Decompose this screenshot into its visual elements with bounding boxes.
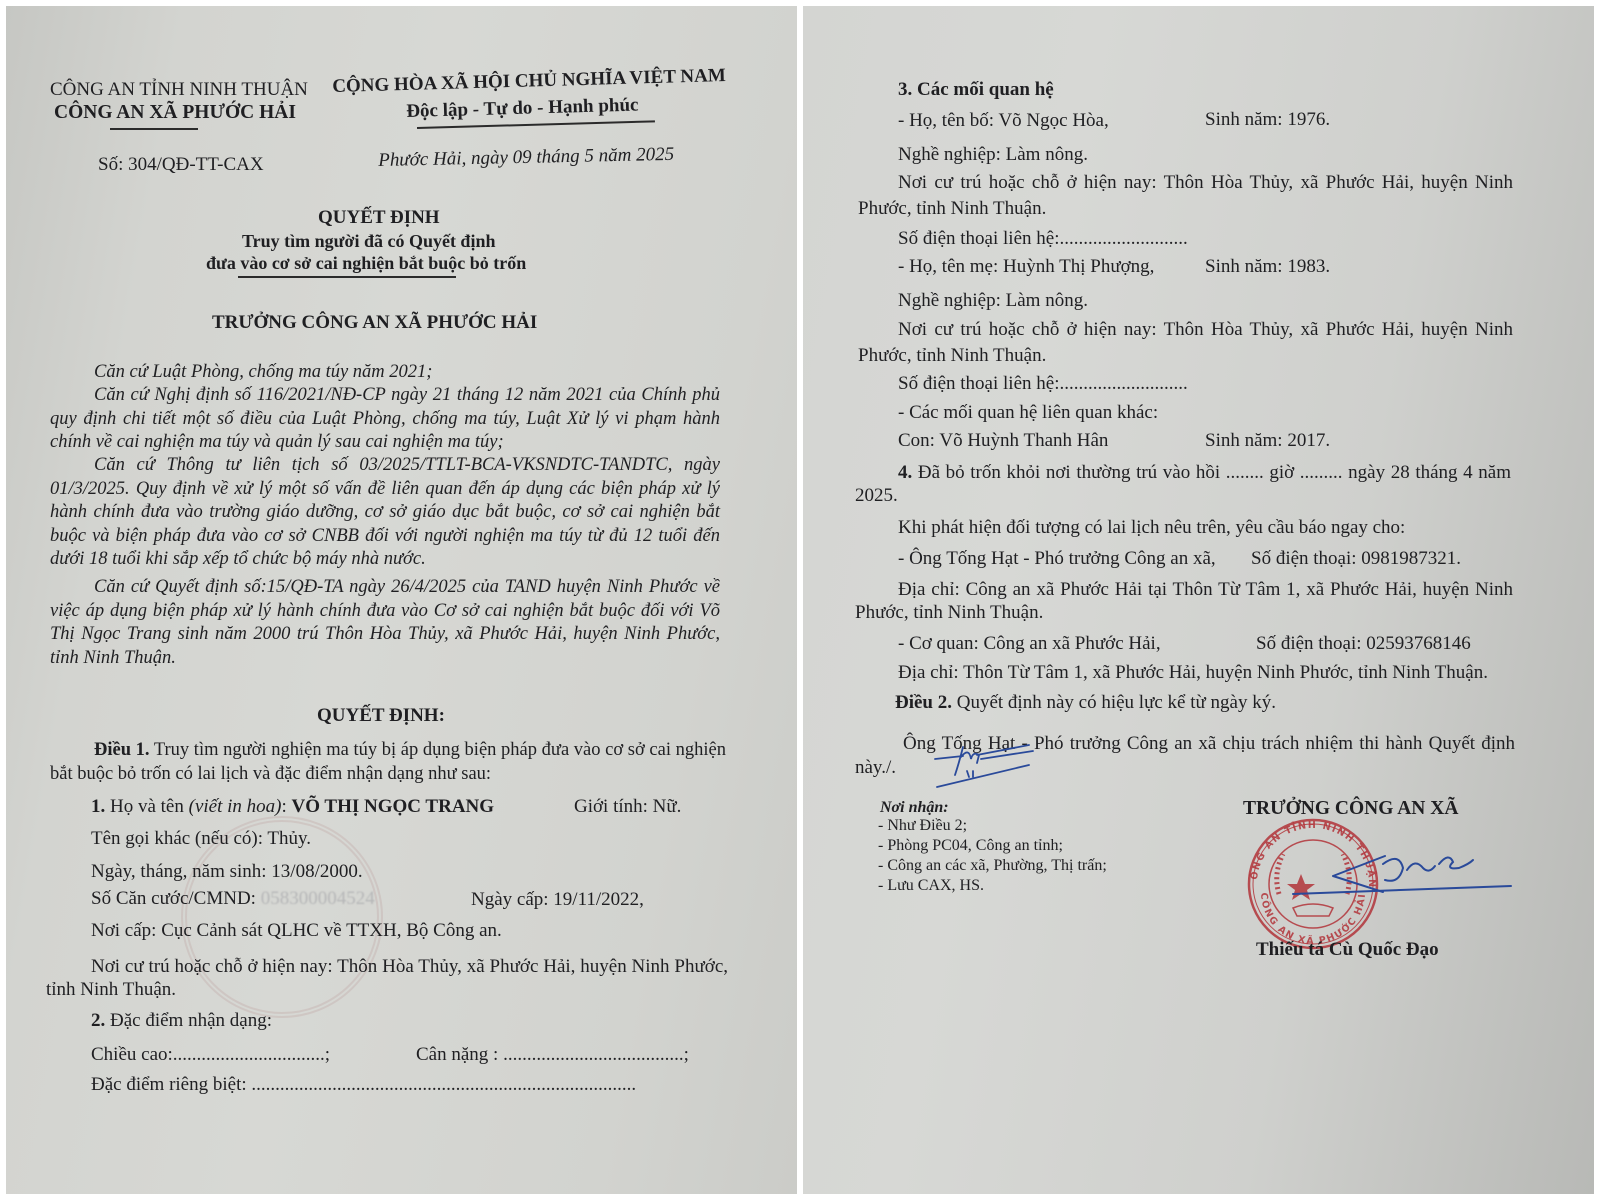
contact1-phone: Số điện thoại: 0981987321.	[1251, 548, 1461, 570]
article-2-text: Quyết định này có hiệu lực kể từ ngày ký…	[952, 692, 1276, 713]
legal-basis-2: Căn cứ Nghị định số 116/2021/NĐ-CP ngày …	[50, 384, 720, 455]
national-title: CỘNG HÒA XÃ HỘI CHỦ NGHĨA VIỆT NAM	[332, 65, 726, 98]
other-relations: - Các mối quan hệ liên quan khác:	[898, 402, 1158, 424]
report-instruction: Khi phát hiện đối tượng có lai lịch nêu …	[898, 517, 1405, 539]
alias: Tên gọi khác (nếu có): Thủy.	[91, 828, 311, 850]
id-number-obscured: 058300004524	[261, 888, 375, 909]
features-heading-text: Đặc điểm nhận dạng:	[105, 1010, 272, 1031]
name-label-num: 1.	[91, 796, 105, 817]
signer-title: TRƯỞNG CÔNG AN XÃ	[1243, 798, 1458, 820]
article-1: Điều 1. Truy tìm người nghiện ma túy bị …	[50, 738, 726, 786]
id-row: Số Căn cước/CMND: 058300004524	[91, 888, 375, 910]
subject-underline	[238, 276, 456, 278]
father-name: - Họ, tên bố: Võ Ngọc Hòa,	[898, 110, 1109, 132]
recipient-item: - Như Điều 2;	[878, 816, 967, 835]
legal-basis-3: Căn cứ Thông tư liên tịch số 03/2025/TTL…	[50, 454, 720, 572]
gender: Giới tính: Nữ.	[574, 796, 681, 818]
contact2-address: Địa chỉ: Thôn Từ Tâm 1, xã Phước Hải, hu…	[898, 662, 1488, 684]
contact1-address: Địa chỉ: Công an xã Phước Hải tại Thôn T…	[855, 578, 1513, 624]
recipient-item: - Công an các xã, Phường, Thị trấn;	[878, 856, 1107, 875]
distinct-features-field: Đặc điểm riêng biệt: ...................…	[91, 1074, 636, 1096]
article-1-label: Điều 1.	[94, 740, 150, 760]
height-field: Chiều cao:..............................…	[91, 1044, 330, 1066]
issuer-title: TRƯỞNG CÔNG AN XÃ PHƯỚC HẢI	[212, 312, 537, 334]
weight-field: Cân nặng : .............................…	[416, 1044, 689, 1066]
decision-heading: QUYẾT ĐỊNH:	[317, 705, 445, 727]
child-name: Con: Võ Huỳnh Thanh Hân	[898, 430, 1108, 452]
id-issue-date: Ngày cấp: 19/11/2022,	[471, 889, 644, 911]
document-subject-line2: đưa vào cơ sở cai nghiện bắt buộc bỏ trố…	[206, 252, 526, 274]
recipient-item: - Phòng PC04, Công an tỉnh;	[878, 836, 1063, 855]
document-page-right: 3. Các mối quan hệ - Họ, tên bố: Võ Ngọc…	[803, 6, 1594, 1194]
national-motto: Độc lập - Tự do - Hạnh phúc	[406, 95, 639, 123]
article-2: Điều 2. Quyết định này có hiệu lực kể từ…	[895, 692, 1276, 714]
deputy-signature-icon	[933, 741, 1043, 791]
features-heading-num: 2.	[91, 1010, 105, 1031]
id-issue-place: Nơi cấp: Cục Cảnh sát QLHC về TTXH, Bộ C…	[91, 920, 502, 942]
document-page-left: CÔNG AN TỈNH NINH THUẬN CÔNG AN XÃ PHƯỚC…	[6, 6, 797, 1194]
recipients-heading: Nơi nhận:	[880, 798, 949, 817]
agency-parent: CÔNG AN TỈNH NINH THUẬN	[50, 79, 308, 101]
date-of-birth: Ngày, tháng, năm sinh: 13/08/2000.	[91, 861, 363, 883]
subject-residence: Nơi cư trú hoặc chỗ ở hiện nay: Thôn Hòa…	[46, 955, 728, 1001]
mother-name: - Họ, tên mẹ: Huỳnh Thị Phượng,	[898, 256, 1154, 278]
father-phone: Số điện thoại liên hệ:..................…	[898, 228, 1188, 250]
signer-name: Thiếu tá Cù Quốc Đạo	[1256, 939, 1439, 961]
father-birth-year: Sinh năm: 1976.	[1205, 109, 1330, 131]
legal-basis-4: Căn cứ Quyết định số:15/QĐ-TA ngày 26/4/…	[50, 576, 720, 670]
recipient-item: - Lưu CAX, HS.	[878, 876, 984, 895]
child-birth-year: Sinh năm: 2017.	[1205, 430, 1330, 452]
article-2-label: Điều 2.	[895, 692, 952, 713]
article-1-text: Truy tìm người nghiện ma túy bị áp dụng …	[50, 740, 726, 784]
relations-heading: 3. Các mối quan hệ	[898, 79, 1054, 101]
contact2-name: - Cơ quan: Công an xã Phước Hải,	[898, 633, 1161, 655]
name-label-colon: :	[281, 796, 291, 817]
chief-signature-icon	[1273, 844, 1513, 904]
name-row: 1. Họ và tên (viết in hoa): VÕ THỊ NGỌC …	[91, 796, 494, 818]
features-heading: 2. Đặc điểm nhận dạng:	[91, 1010, 272, 1032]
subject-name: VÕ THỊ NGỌC TRANG	[292, 796, 495, 817]
document-type: QUYẾT ĐỊNH	[318, 207, 440, 229]
agency-name: CÔNG AN XÃ PHƯỚC HẢI	[54, 102, 296, 124]
escape-text: Đã bỏ trốn khỏi nơi thường trú vào hồi .…	[855, 462, 1511, 506]
escape-details: 4. Đã bỏ trốn khỏi nơi thường trú vào hồ…	[855, 461, 1511, 507]
legal-basis-1: Căn cứ Luật Phòng, chống ma túy năm 2021…	[50, 361, 720, 385]
contact1-name: - Ông Tống Hạt - Phó trưởng Công an xã,	[898, 548, 1216, 570]
father-occupation: Nghề nghiệp: Làm nông.	[898, 144, 1088, 166]
mother-residence: Nơi cư trú hoặc chỗ ở hiện nay: Thôn Hòa…	[858, 317, 1513, 369]
mother-occupation: Nghề nghiệp: Làm nông.	[898, 290, 1088, 312]
name-label: Họ và tên	[105, 796, 188, 817]
document-number: Số: 304/QĐ-TT-CAX	[98, 154, 264, 176]
agency-underline	[110, 128, 198, 130]
escape-num: 4.	[898, 462, 912, 483]
father-residence: Nơi cư trú hoặc chỗ ở hiện nay: Thôn Hòa…	[858, 170, 1513, 222]
contact2-phone: Số điện thoại: 02593768146	[1256, 633, 1471, 655]
document-subject-line1: Truy tìm người đã có Quyết định	[242, 230, 495, 252]
name-label-note: (viết in hoa)	[189, 796, 282, 817]
mother-phone: Số điện thoại liên hệ:..................…	[898, 373, 1188, 395]
id-label: Số Căn cước/CMND:	[91, 888, 261, 909]
place-and-date: Phước Hải, ngày 09 tháng 5 năm 2025	[378, 144, 674, 172]
mother-birth-year: Sinh năm: 1983.	[1205, 256, 1330, 278]
